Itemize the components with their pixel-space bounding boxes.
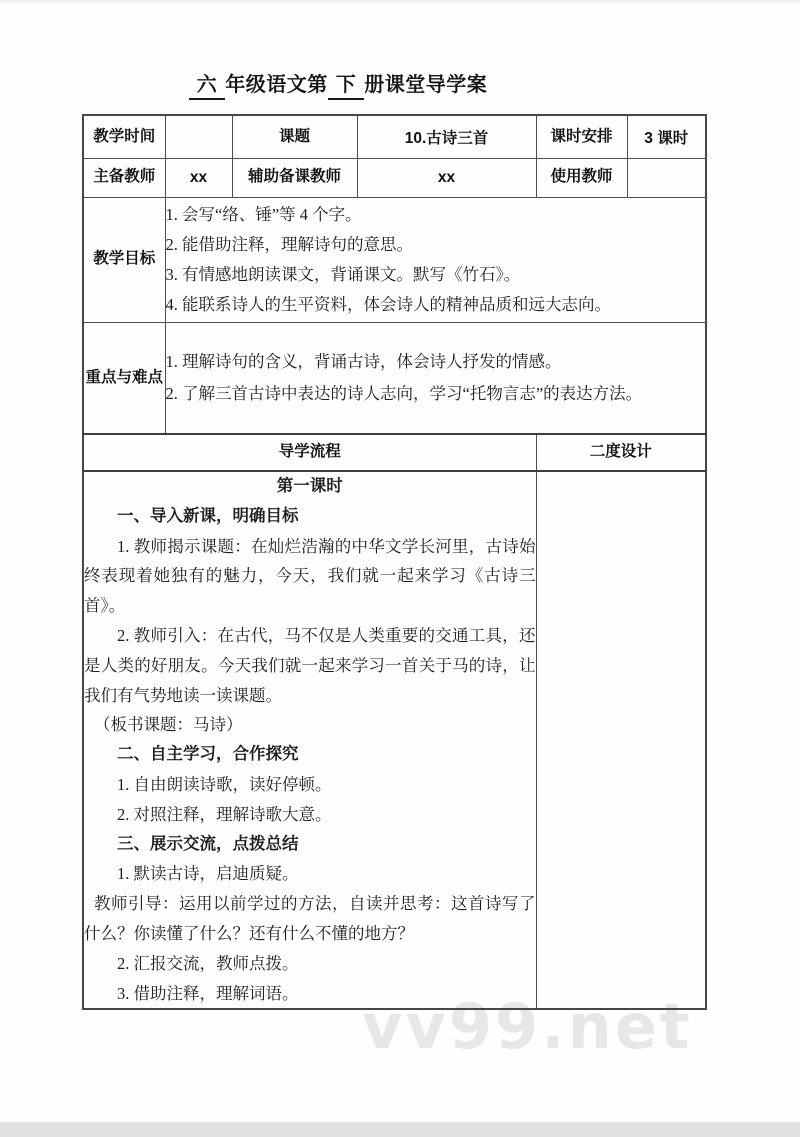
text-line: 三、展示交流，点拨总结 — [84, 830, 536, 860]
using-teacher-label: 使用教师 — [536, 158, 627, 197]
text-line: 2. 汇报交流，教师点拨。 — [84, 949, 536, 979]
lesson-topic-label: 课题 — [232, 115, 357, 158]
page-top-edge — [0, 0, 800, 3]
lesson-plan-table: 教学时间 课题 10.古诗三首 课时安排 3 课时 主备教师 xx 辅助备课教师… — [82, 114, 707, 1010]
title-mid-text: 年级语文第 — [225, 74, 328, 96]
table-row: 教学时间 课题 10.古诗三首 课时安排 3 课时 — [83, 115, 706, 158]
teaching-time-value — [165, 115, 232, 158]
text-line: 第一课时 — [84, 472, 536, 502]
second-design-content — [536, 471, 706, 1009]
text-line: 1. 默读古诗，启迪质疑。 — [84, 859, 536, 889]
text-line: 2. 对照注释，理解诗歌大意。 — [84, 800, 536, 830]
table-row: 教学目标 1. 会写“络、锤”等 4 个字。2. 能借助注释，理解诗句的意思。3… — [83, 197, 706, 322]
text-line: 1. 理解诗句的含义，背诵古诗，体会诗人抒发的情感。 — [166, 346, 706, 378]
table-row: 第一课时一、导入新课，明确目标1. 教师揭示课题：在灿烂浩瀚的中华文学长河里，古… — [83, 471, 706, 1009]
lead-teacher-value: xx — [165, 158, 232, 197]
title-tail-text: 册课堂导学案 — [364, 74, 487, 96]
assist-teacher-label: 辅助备课教师 — [232, 158, 357, 197]
text-line: 二、自主学习，合作探究 — [84, 740, 536, 770]
period-arrangement-value: 3 课时 — [627, 115, 706, 158]
text-line: 1. 自由朗读诗歌，读好停顿。 — [84, 770, 536, 800]
scanned-document-page: 六年级语文第下册课堂导学案 vv99.net 教学时间 课题 10.古诗三首 课… — [0, 0, 800, 1137]
text-line: 1. 会写“络、锤”等 4 个字。 — [166, 200, 706, 230]
text-line: 2. 教师引入：在古代，马不仅是人类重要的交通工具，还是人类的好朋友。今天我们就… — [84, 621, 536, 710]
second-design-header: 二度设计 — [536, 434, 706, 471]
lesson-topic-value: 10.古诗三首 — [357, 115, 536, 158]
text-line: 2. 了解三首古诗中表达的诗人志向，学习“托物言志”的表达方法。 — [166, 378, 706, 410]
table-row: 重点与难点 1. 理解诗句的含义，背诵古诗，体会诗人抒发的情感。2. 了解三首古… — [83, 322, 706, 434]
lesson-plan-table-wrap: 教学时间 课题 10.古诗三首 课时安排 3 课时 主备教师 xx 辅助备课教师… — [82, 114, 707, 1010]
guided-flow-content: 第一课时一、导入新课，明确目标1. 教师揭示课题：在灿烂浩瀚的中华文学长河里，古… — [83, 471, 536, 1009]
text-line: 3. 有情感地朗读课文，背诵课文。默写《竹石》。 — [166, 260, 706, 290]
text-line: 一、导入新课，明确目标 — [84, 502, 536, 532]
key-points-label: 重点与难点 — [83, 322, 165, 434]
using-teacher-value — [627, 158, 706, 197]
table-row: 主备教师 xx 辅助备课教师 xx 使用教师 — [83, 158, 706, 197]
table-row: 导学流程 二度设计 — [83, 434, 706, 471]
objectives-label: 教学目标 — [83, 197, 165, 322]
text-line: （板书课题：马诗） — [84, 710, 536, 740]
key-points-content: 1. 理解诗句的含义，背诵古诗，体会诗人抒发的情感。2. 了解三首古诗中表达的诗… — [165, 322, 706, 434]
text-line: 4. 能联系诗人的生平资料，体会诗人的精神品质和远大志向。 — [166, 290, 706, 320]
assist-teacher-value: xx — [357, 158, 536, 197]
guided-flow-header: 导学流程 — [83, 434, 536, 471]
period-arrangement-label: 课时安排 — [536, 115, 627, 158]
text-line: 1. 教师揭示课题：在灿烂浩瀚的中华文学长河里，古诗始终表现着她独有的魅力，今天… — [84, 532, 536, 621]
lead-teacher-label: 主备教师 — [83, 158, 165, 197]
page-bottom-edge — [0, 1122, 800, 1137]
objectives-content: 1. 会写“络、锤”等 4 个字。2. 能借助注释，理解诗句的意思。3. 有情感… — [165, 197, 706, 322]
teaching-time-label: 教学时间 — [83, 115, 165, 158]
grade-blank: 六 — [189, 72, 226, 100]
volume-blank: 下 — [328, 72, 365, 100]
text-line: 教师引导：运用以前学过的方法，自读并思考：这首诗写了什么？你读懂了什么？还有什么… — [84, 889, 536, 949]
text-line: 2. 能借助注释，理解诗句的意思。 — [166, 230, 706, 260]
text-line: 3. 借助注释，理解词语。 — [84, 979, 536, 1009]
document-title: 六年级语文第下册课堂导学案 — [0, 72, 676, 100]
